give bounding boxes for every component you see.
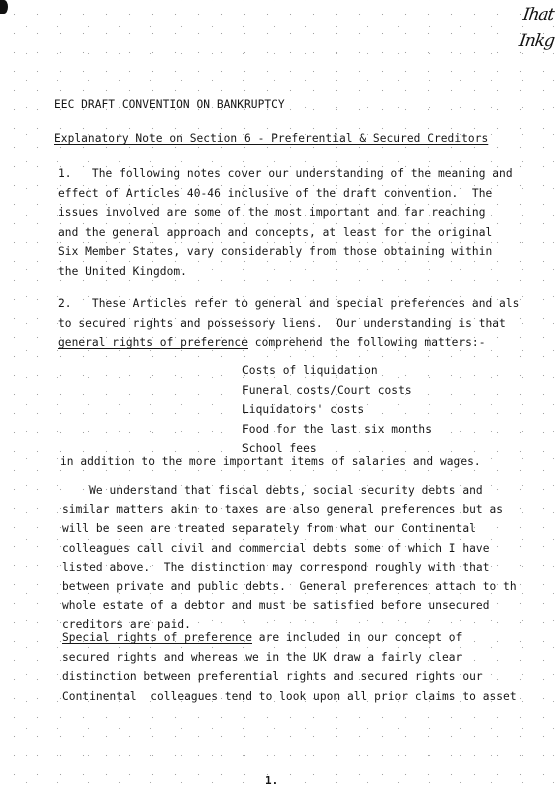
text-line: We understand that fiscal debts, social … [62,483,483,499]
text-span: are included in our concept of [252,631,462,644]
page-number: 1. [265,774,278,787]
underlined-term: Special rights of preference [62,631,252,644]
after-list-text: in addition to the more important items … [60,454,481,470]
handwritten-line: Ihat [521,5,554,25]
text-line: 2. These Articles refer to general and s… [58,296,519,312]
ink-blot [0,0,8,14]
list-item: Funeral costs/Court costs [242,383,412,399]
document-subtitle: Explanatory Note on Section 6 - Preferen… [54,131,488,147]
text-line: Six Member States, vary considerably fro… [58,244,492,260]
list-item: Liquidators' costs [242,402,364,418]
text-line: listed above. The distinction may corres… [62,560,489,576]
text-line: between private and public debts. Genera… [62,579,517,595]
list-item: Food for the last six months [242,422,432,438]
underlined-term: general rights of preference [58,336,248,349]
document-title: EEC DRAFT CONVENTION ON BANKRUPTCY [54,97,285,113]
text-line: whole estate of a debtor and must be sat… [62,598,489,614]
text-line: colleagues call civil and commercial deb… [62,541,489,557]
list-item: Costs of liquidation [242,363,378,379]
text-line: secured rights and whereas we in the UK … [62,650,462,666]
text-line: to secured rights and possessory liens. … [58,316,506,332]
text-line: similar matters akin to taxes are also g… [62,502,503,518]
text-span: comprehend the following matters:- [248,336,486,349]
text-line: general rights of preference comprehend … [58,335,486,351]
text-line: Special rights of preference are include… [62,630,462,646]
text-line: will be seen are treated separately from… [62,521,476,537]
text-line: 1. The following notes cover our underst… [58,166,513,182]
text-line: the United Kingdom. [58,264,187,280]
handwritten-line: Inkg [518,31,555,51]
text-line: distinction between preferential rights … [62,669,483,685]
handwritten-annotation: Ihat Inkg [517,2,555,54]
text-line: and the general approach and concepts, a… [58,225,492,241]
text-line: effect of Articles 40-46 inclusive of th… [58,186,492,202]
text-line: Continental colleagues tend to look upon… [62,689,517,705]
text-line: issues involved are some of the most imp… [58,205,485,221]
